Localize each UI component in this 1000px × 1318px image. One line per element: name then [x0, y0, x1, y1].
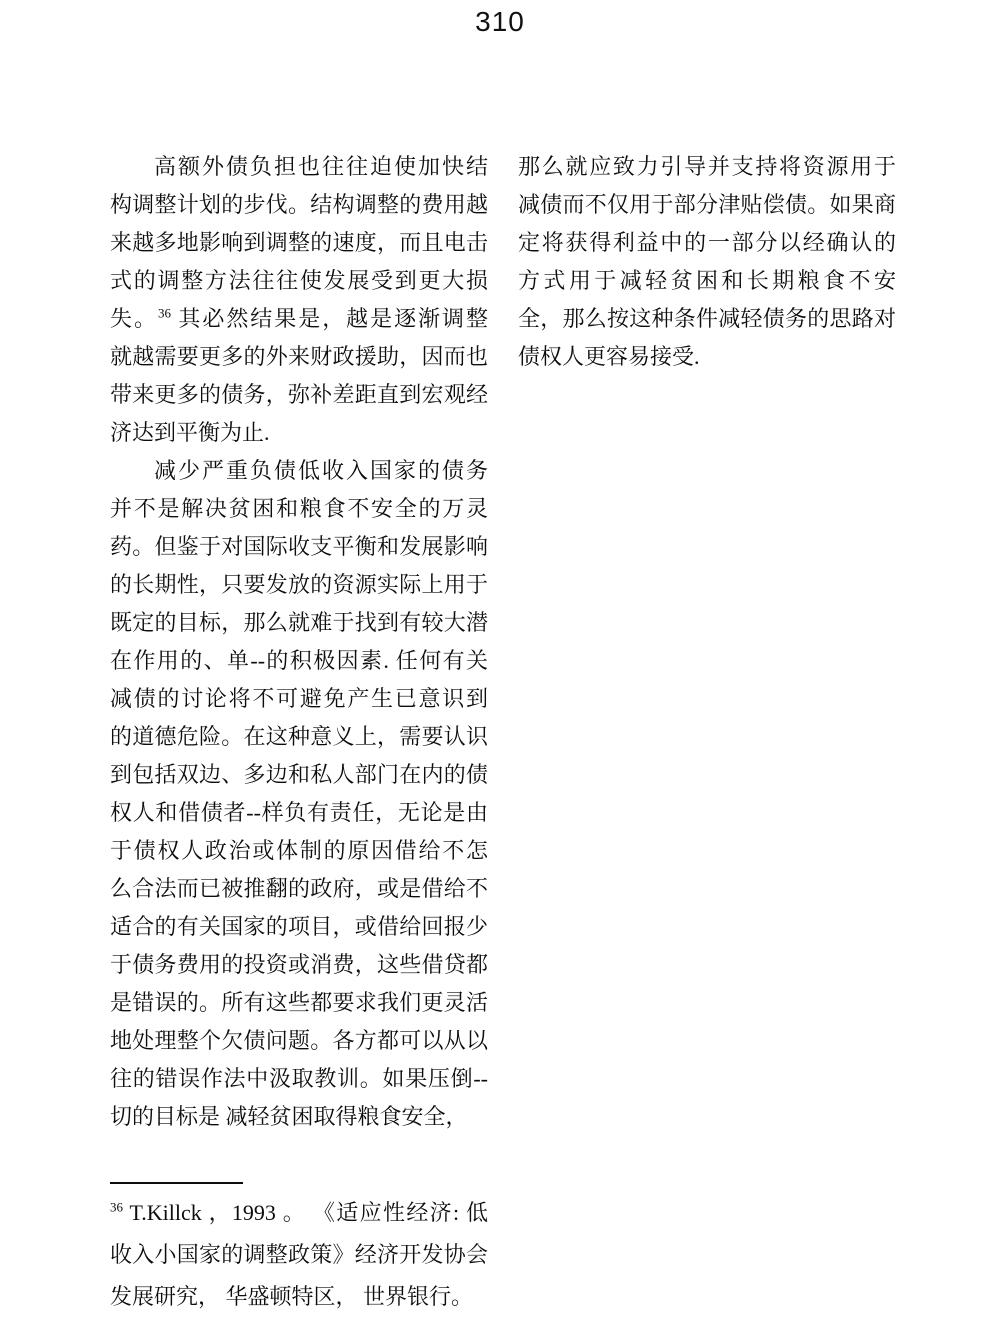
- text-line: 在作用的、单--的积极因素. 任何有关: [110, 642, 488, 680]
- text-line: 往的错误作法中汲取教训。如果压倒--: [110, 1060, 488, 1098]
- text-line: 地处理整个欠债问题。各方都可以从以: [110, 1022, 488, 1060]
- text-line: 减少严重负债低收入国家的债务: [110, 452, 488, 490]
- footnote-separator-rule: [110, 1182, 243, 1184]
- text-line: 么合法而已被推翻的政府，或是借给不: [110, 870, 488, 908]
- text-line: 那么就应致力引导并支持将资源用于: [518, 148, 896, 186]
- footnote-block: 36 T.Killck ，1993 。 《适应性经济: 低 收入小国家的调整政策…: [110, 1182, 488, 1318]
- footnote-line: 收入小国家的调整政策》经济开发协会: [110, 1234, 488, 1276]
- text-segment: 失。: [110, 306, 158, 331]
- text-line: 减债而不仅用于部分津贴偿债。如果商: [518, 186, 896, 224]
- text-line: 就越需要更多的外来财政援助，因而也: [110, 338, 488, 376]
- footnote-ref-36: 36: [158, 306, 171, 321]
- text-line: 构调整计划的步伐。结构调整的费用越: [110, 186, 488, 224]
- left-column: 高额外债负担也往往迫使加快结 构调整计划的步伐。结构调整的费用越 来越多地影响到…: [110, 148, 488, 1136]
- text-line: 方式用于减轻贫困和长期粮食不安: [518, 262, 896, 300]
- text-line: 的长期性，只要发放的资源实际上用于: [110, 566, 488, 604]
- page-number: 310: [0, 6, 1000, 38]
- text-line: 带来更多的债务，弥补差距直到宏观经: [110, 376, 488, 414]
- text-line: 减债的讨论将不可避免产生已意识到: [110, 680, 488, 718]
- text-line: 并不是解决贫困和粮食不安全的万灵: [110, 490, 488, 528]
- text-line: 高额外债负担也往往迫使加快结: [110, 148, 488, 186]
- text-line: 的道德危险。在这种意义上，需要认识: [110, 718, 488, 756]
- footnote-line: 发展研究， 华盛顿特区， 世界银行。: [110, 1276, 488, 1318]
- text-line: 于债务费用的投资或消费，这些借贷都: [110, 946, 488, 984]
- text-line: 来越多地影响到调整的速度，而且电击: [110, 224, 488, 262]
- footnote-line: 36 T.Killck ，1993 。 《适应性经济: 低: [110, 1192, 488, 1234]
- text-line: 药。但鉴于对国际收支平衡和发展影响: [110, 528, 488, 566]
- text-line: 适合的有关国家的项目，或借给回报少: [110, 908, 488, 946]
- text-line: 式的调整方法往往使发展受到更大损: [110, 262, 488, 300]
- text-line: 定将获得利益中的一部分以经确认的: [518, 224, 896, 262]
- text-line: 到包括双边、多边和私人部门在内的债: [110, 756, 488, 794]
- right-column: 那么就应致力引导并支持将资源用于 减债而不仅用于部分津贴偿债。如果商 定将获得利…: [518, 148, 896, 376]
- document-page: 310 高额外债负担也往往迫使加快结 构调整计划的步伐。结构调整的费用越 来越多…: [0, 0, 1000, 1318]
- footnote-marker: 36: [110, 1200, 123, 1215]
- text-line: 济达到平衡为止.: [110, 414, 488, 452]
- text-line: 权人和借债者--样负有责任，无论是由: [110, 794, 488, 832]
- text-line: 于债权人政治或体制的原因借给不怎: [110, 832, 488, 870]
- text-line: 是错误的。所有这些都要求我们更灵活: [110, 984, 488, 1022]
- text-segment: 其必然结果是，越是逐渐调整: [178, 306, 488, 331]
- text-line: 全，那么按这种条件减轻债务的思路对: [518, 300, 896, 338]
- text-line: 债权人更容易接受.: [518, 338, 896, 376]
- footnote-text-segment: T.Killck ，1993 。 《适应性经济: 低: [129, 1200, 488, 1225]
- text-line: 切的目标是 减轻贫困取得粮食安全，: [110, 1098, 488, 1136]
- text-line: 既定的目标，那么就难于找到有较大潜: [110, 604, 488, 642]
- text-line-with-footnote-ref: 失。36 其必然结果是，越是逐渐调整: [110, 300, 488, 338]
